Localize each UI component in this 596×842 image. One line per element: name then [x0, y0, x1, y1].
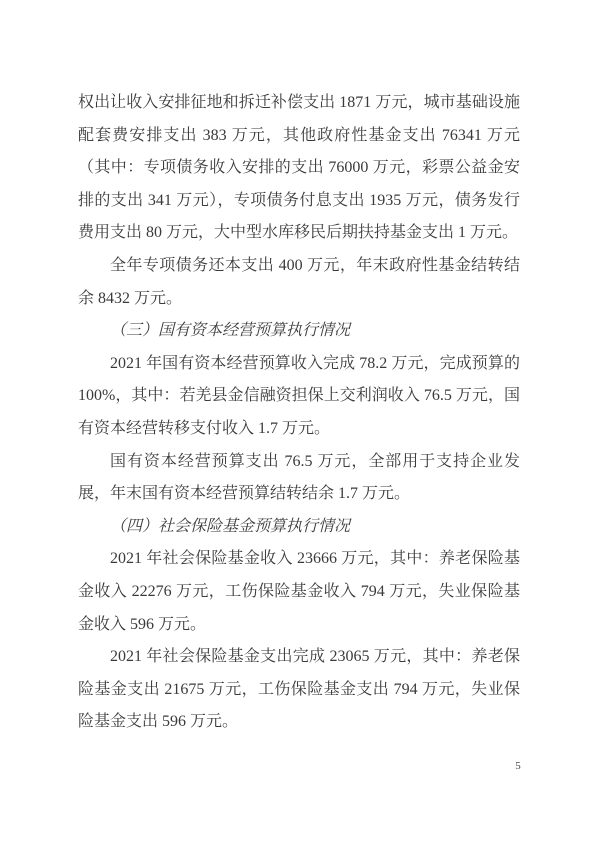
body-paragraph-continuation: 权出让收入安排征地和拆迁补偿支出 1871 万元，城市基础设施配套费安排支出 3… [78, 87, 520, 250]
body-paragraph: 2021 年社会保险基金收入 23666 万元，其中：养老保险基金收入 2227… [78, 543, 520, 641]
body-paragraph: 2021 年国有资本经营预算收入完成 78.2 万元，完成预算的 100%，其中… [78, 348, 520, 446]
page-number: 5 [508, 760, 528, 772]
section-heading-3: （三）国有资本经营预算执行情况 [78, 315, 520, 348]
text-block: 权出让收入安排征地和拆迁补偿支出 1871 万元，城市基础设施配套费安排支出 3… [78, 87, 520, 739]
body-paragraph: 国有资本经营预算支出 76.5 万元，全部用于支持企业发展，年末国有资本经营预算… [78, 446, 520, 511]
body-paragraph: 2021 年社会保险基金支出完成 23065 万元，其中：养老保险基金支出 21… [78, 641, 520, 739]
body-paragraph: 全年专项债务还本支出 400 万元，年末政府性基金结转结余 8432 万元。 [78, 250, 520, 315]
document-page: 权出让收入安排征地和拆迁补偿支出 1871 万元，城市基础设施配套费安排支出 3… [0, 0, 596, 842]
section-heading-4: （四）社会保险基金预算执行情况 [78, 511, 520, 544]
